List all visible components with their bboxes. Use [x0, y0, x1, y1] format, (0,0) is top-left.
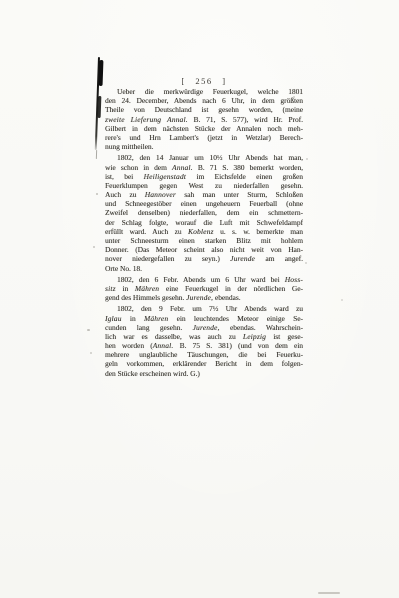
paper-speck — [93, 246, 95, 248]
text-line: ist, bei Heiligenstadt im Eichsfelde ein… — [105, 172, 303, 181]
text-line: wie schon in dem Annal. B. 71 S. 380 bem… — [105, 163, 303, 172]
text-line: Auch zu Hannover sah man unter Sturm, Sc… — [105, 190, 303, 199]
text-line: hen worden (Annal. B. 75 S. 381) (und vo… — [105, 341, 303, 350]
text-line: Zweifel denselben) niederfallen, dem ein… — [105, 208, 303, 217]
text-line: geln vorkommen, erklärender Bericht in d… — [105, 359, 303, 368]
text-line: nung mittheilen. — [105, 142, 303, 151]
text-line: gend des Himmels gesehn. Jurende, ebenda… — [105, 293, 303, 302]
ink-smudge-blob-top — [98, 60, 102, 86]
text-line: 1802, den 6 Febr. Abends um 6 Uhr ward b… — [105, 275, 303, 284]
paper-speck — [305, 262, 307, 264]
text-line: Donner. (Das Meteor scheint also nicht w… — [105, 245, 303, 254]
text-line: den Stücke erscheinen wird. G.) — [105, 369, 303, 378]
paragraph-1: Ueber die merkwürdige Feuerkugel, welche… — [105, 87, 303, 151]
text-line: und Schneegestöber einen ungeheuern Feue… — [105, 199, 303, 208]
text-line: mehrere unglaubliche Täuschungen, die be… — [105, 350, 303, 359]
text-line: der Schlag folgte, worauf die Luft mit S… — [105, 218, 303, 227]
ink-smudge-blob-mid — [97, 96, 101, 118]
paper-speck — [293, 96, 295, 98]
text-line: Gilbert in dem nächsten Stücke der Annal… — [105, 124, 303, 133]
text-line: cunden lang gesehn. Jurende, ebendas. Wa… — [105, 323, 303, 332]
text-line: 1802, den 9 Febr. um 7½ Uhr Abends ward … — [105, 304, 303, 313]
text-line: Feuerklumpen gegen West zu niederfallen … — [105, 181, 303, 190]
text-line: nover niedergefallen zu seyn.) Jurende a… — [105, 254, 303, 263]
text-line: unter Schneesturm einen starken Blitz mi… — [105, 236, 303, 245]
paragraph-2: 1802, den 14 Januar um 10½ Uhr Abends ha… — [105, 153, 303, 272]
text-line: Iglau in Mähren ein leuchtendes Meteor e… — [105, 314, 303, 323]
paper-speck — [90, 352, 92, 354]
paragraph-3: 1802, den 6 Febr. Abends um 6 Uhr ward b… — [105, 275, 303, 303]
text-line: Theile von Deutschland ist gesehn worden… — [105, 105, 303, 114]
text-line: zweite Lieferung Annal. B. 71, S. 577), … — [105, 115, 303, 124]
text-line: erfüllt ward. Auch zu Koblenz u. s. w. b… — [105, 227, 303, 236]
text-line: den 24. December, Abends nach 6 Uhr, in … — [105, 96, 303, 105]
text-line: lich war es dasselbe, was auch zu Leipzi… — [105, 332, 303, 341]
ink-smudge-tail — [96, 150, 98, 159]
paper-speck — [306, 158, 308, 160]
text-block: Ueber die merkwürdige Feuerkugel, welche… — [105, 87, 303, 378]
text-line: Orte No. 18. — [105, 264, 303, 273]
text-line: sitz in Mähren eine Feuerkugel in der nö… — [105, 284, 303, 293]
paper-speck — [268, 92, 270, 94]
paragraph-4: 1802, den 9 Febr. um 7½ Uhr Abends ward … — [105, 304, 303, 378]
text-line: Ueber die merkwürdige Feuerkugel, welche… — [105, 87, 303, 96]
scan-streak — [318, 592, 340, 594]
text-line: 1802, den 14 Januar um 10½ Uhr Abends ha… — [105, 153, 303, 162]
scanned-page: [ 256 ] Ueber die merkwürdige Feuerkugel… — [0, 0, 399, 598]
paper-speck — [87, 329, 90, 331]
page-number: [ 256 ] — [105, 76, 303, 86]
text-line: rere's und Hrn Lambert's (jetzt in Wetzl… — [105, 133, 303, 142]
paper-speck — [341, 299, 343, 301]
paper-speck — [96, 193, 98, 195]
